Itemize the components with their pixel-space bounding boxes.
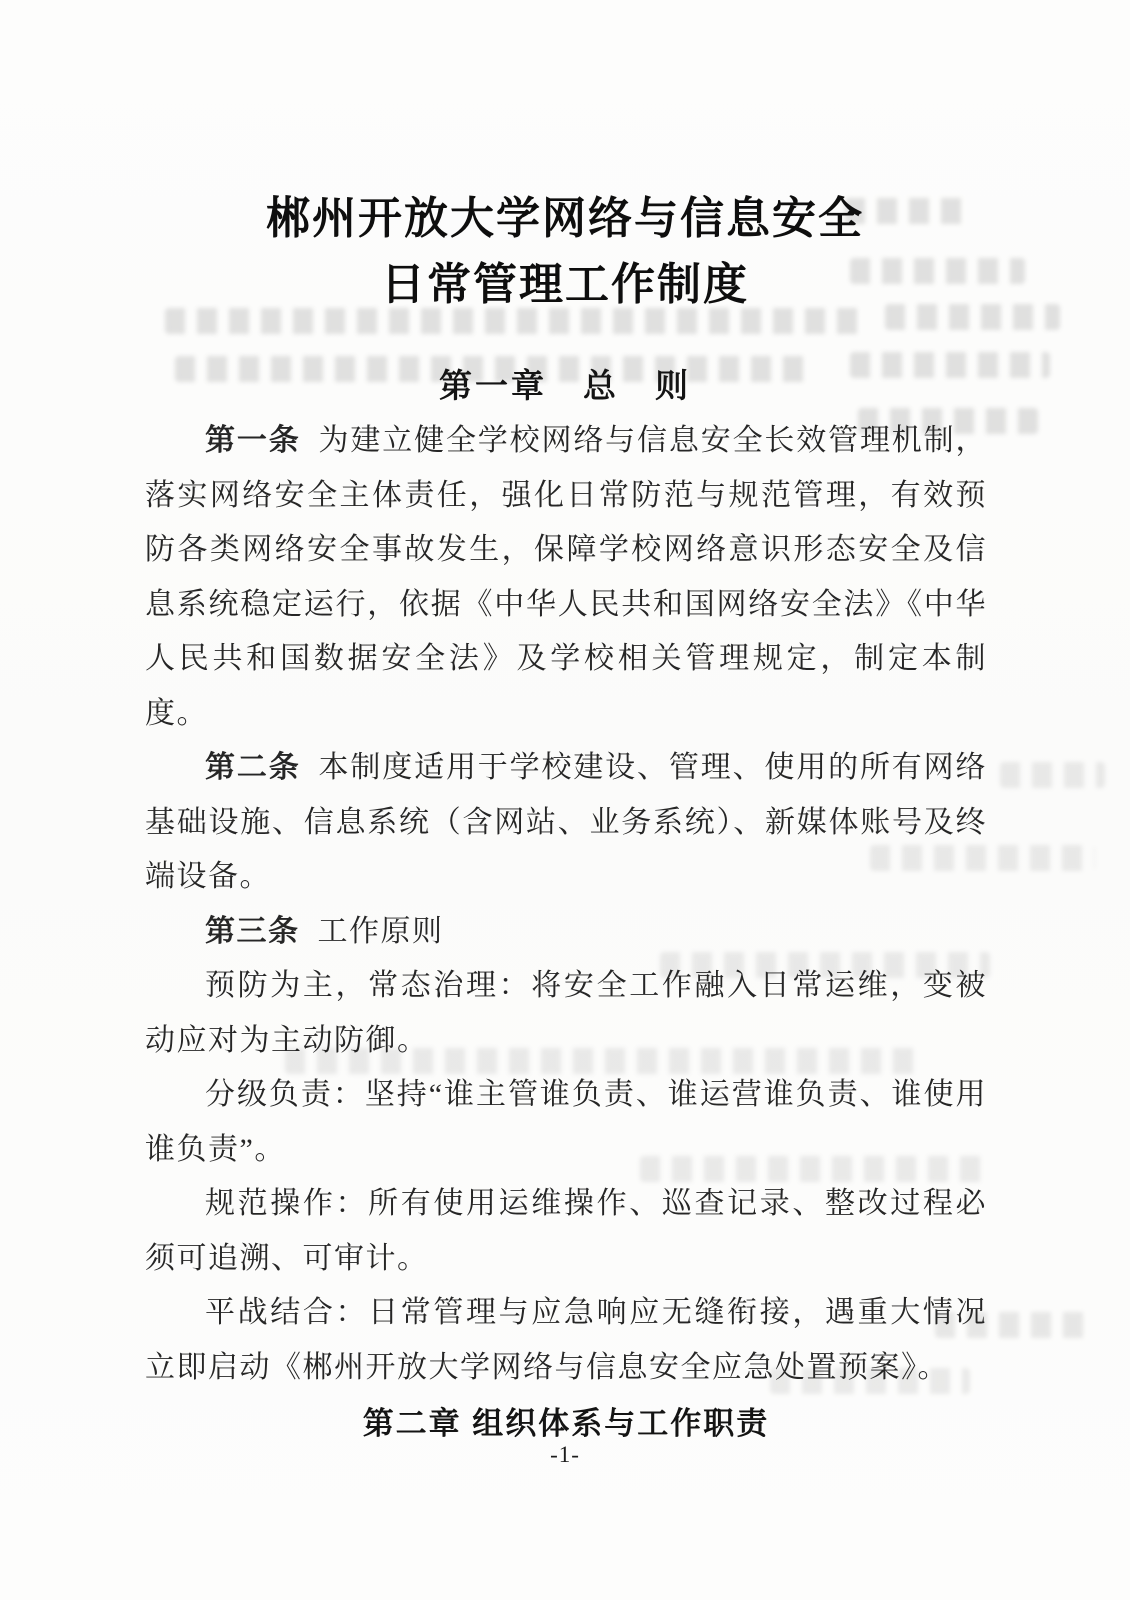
paragraph-article-3: 第三条工作原则	[145, 905, 987, 960]
article-3-number: 第三条	[205, 915, 300, 948]
chapter-1-heading: 第一章 总 则	[0, 360, 1130, 407]
paragraph-principle-prevention: 预防为主，常态治理：将安全工作融入日常运维，变被动应对为主动防御。	[145, 959, 987, 1068]
bleedthrough-artifact	[1000, 762, 1105, 788]
document-title-line-1: 郴州开放大学网络与信息安全	[0, 186, 1130, 252]
document-title-line-2: 日常管理工作制度	[0, 252, 1130, 318]
document-body: 第一条为建立健全学校网络与信息安全长效管理机制，落实网络安全主体责任，强化日常防…	[145, 414, 987, 1452]
article-2-number: 第二条	[205, 751, 301, 784]
page-number: -1-	[0, 1442, 1130, 1468]
paragraph-article-2: 第二条本制度适用于学校建设、管理、使用的所有网络基础设施、信息系统（含网站、业务…	[145, 741, 987, 905]
article-1-text: 为建立健全学校网络与信息安全长效管理机制，落实网络安全主体责任，强化日常防范与规…	[145, 424, 987, 730]
scanned-document-page: 郴州开放大学网络与信息安全 日常管理工作制度 第一章 总 则 第一条为建立健全学…	[0, 0, 1130, 1600]
paragraph-article-1: 第一条为建立健全学校网络与信息安全长效管理机制，落实网络安全主体责任，强化日常防…	[145, 414, 987, 741]
paragraph-principle-combination: 平战结合：日常管理与应急响应无缝衔接，遇重大情况立即启动《郴州开放大学网络与信息…	[145, 1286, 987, 1395]
principle-prevention-text: 预防为主，常态治理：将安全工作融入日常运维，变被动应对为主动防御。	[145, 969, 987, 1057]
principle-responsibility-text: 分级负责：坚持“谁主管谁负责、谁运营谁负责、谁使用谁负责”。	[145, 1078, 987, 1166]
paragraph-principle-responsibility: 分级负责：坚持“谁主管谁负责、谁运营谁负责、谁使用谁负责”。	[145, 1068, 987, 1177]
article-3-text: 工作原则	[318, 915, 444, 948]
article-1-number: 第一条	[205, 424, 301, 457]
paragraph-principle-operation: 规范操作：所有使用运维操作、巡查记录、整改过程必须可追溯、可审计。	[145, 1177, 987, 1286]
document-title: 郴州开放大学网络与信息安全 日常管理工作制度	[0, 186, 1130, 318]
principle-operation-text: 规范操作：所有使用运维操作、巡查记录、整改过程必须可追溯、可审计。	[145, 1187, 987, 1275]
principle-combination-text: 平战结合：日常管理与应急响应无缝衔接，遇重大情况立即启动《郴州开放大学网络与信息…	[145, 1296, 987, 1384]
